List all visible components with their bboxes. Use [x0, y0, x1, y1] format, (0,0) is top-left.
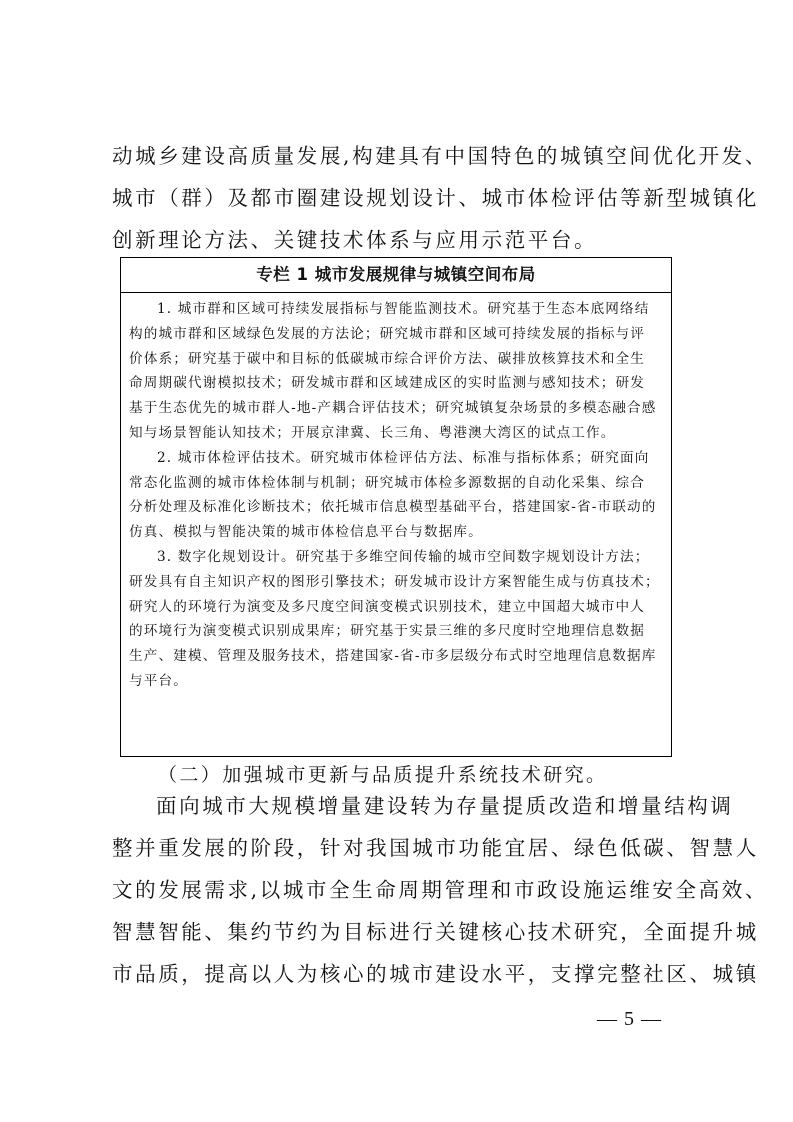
text-line: 智慧智能、集约节约为目标进行关键核心技术研究，全面提升城	[112, 911, 688, 953]
sidebar-box-column-1: 专栏 1 城市发展规律与城镇空间布局 1. 城市群和区域可持续发展指标与智能监测…	[120, 257, 672, 757]
box-title: 专栏 1 城市发展规律与城镇空间布局	[121, 258, 671, 293]
text-line: 动城乡建设高质量发展,构建具有中国特色的城镇空间优化开发、	[112, 135, 688, 177]
text-line: 仿真、模拟与智能决策的城市体检信息平台与数据库。	[129, 520, 663, 545]
text-line: 生产、建模、管理及服务技术，搭建国家-省-市多层级分布式时空地理信息数据库	[129, 644, 663, 669]
text-line: 2. 城市体检评估技术。研究城市体检评估方法、标准与指标体系；研究面向	[129, 446, 663, 471]
text-line: 与平台。	[129, 669, 663, 694]
page-number: — 5 —	[597, 1007, 662, 1031]
text-line: 命周期碳代谢模拟技术；研发城市群和区域建成区的实时监测与感知技术；研发	[129, 371, 663, 396]
box-body: 1. 城市群和区域可持续发展指标与智能监测技术。研究基于生态本底网络结 构的城市…	[121, 293, 671, 694]
text-line: 分析处理及标准化诊断技术；依托城市信息模型基础平台，搭建国家-省-市联动的	[129, 495, 663, 520]
text-line: 常态化监测的城市体检体制与机制；研究城市体检多源数据的自动化采集、综合	[129, 471, 663, 496]
text-line: 面向城市大规模增量建设转为存量提质改造和增量结构调	[112, 785, 688, 827]
box-item-2: 2. 城市体检评估技术。研究城市体检评估方法、标准与指标体系；研究面向 常态化监…	[129, 446, 663, 545]
body-paragraph-top: 动城乡建设高质量发展,构建具有中国特色的城镇空间优化开发、 城市（群）及都市圈建…	[112, 135, 688, 261]
text-line: 研发具有自主知识产权的图形引擎技术；研发城市设计方案智能生成与仿真技术；	[129, 570, 663, 595]
text-line: 3. 数字化规划设计。研究基于多维空间传输的城市空间数字规划设计方法；	[129, 545, 663, 570]
text-line: 创新理论方法、关键技术体系与应用示范平台。	[112, 219, 688, 261]
text-line: 文的发展需求,以城市全生命周期管理和市政设施运维安全高效、	[112, 869, 688, 911]
text-line: 价体系；研究基于碳中和目标的低碳城市综合评价方法、碳排放核算技术和全生	[129, 347, 663, 372]
text-line: 城市（群）及都市圈建设规划设计、城市体检评估等新型城镇化	[112, 177, 688, 219]
text-line: 市品质，提高以人为核心的城市建设水平，支撑完整社区、城镇	[112, 953, 688, 995]
box-item-1: 1. 城市群和区域可持续发展指标与智能监测技术。研究基于生态本底网络结 构的城市…	[129, 297, 663, 446]
body-paragraph-bottom: 面向城市大规模增量建设转为存量提质改造和增量结构调 整并重发展的阶段，针对我国城…	[112, 785, 688, 995]
text-line: 知与场景智能认知技术；开展京津冀、长三角、粤港澳大湾区的试点工作。	[129, 421, 663, 446]
text-line: 研究人的环境行为演变及多尺度空间演变模式识别技术，建立中国超大城市中人	[129, 595, 663, 620]
text-line: 的环境行为演变模式识别成果库；研究基于实景三维的多尺度时空地理信息数据	[129, 619, 663, 644]
text-line: 构的城市群和区域绿色发展的方法论；研究城市群和区域可持续发展的指标与评	[129, 322, 663, 347]
text-line: 基于生态优先的城市群人-地-产耦合评估技术；研究城镇复杂场景的多模态融合感	[129, 396, 663, 421]
text-line: 1. 城市群和区域可持续发展指标与智能监测技术。研究基于生态本底网络结	[129, 297, 663, 322]
box-item-3: 3. 数字化规划设计。研究基于多维空间传输的城市空间数字规划设计方法； 研发具有…	[129, 545, 663, 694]
text-line: 整并重发展的阶段，针对我国城市功能宜居、绿色低碳、智慧人	[112, 827, 688, 869]
